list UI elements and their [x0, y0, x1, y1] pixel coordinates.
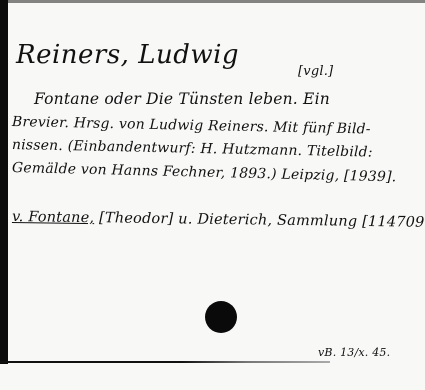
reference-tag: [vgl.] [298, 64, 333, 79]
author-heading: Reiners, Ludwig [16, 40, 239, 70]
title-line-1: Fontane oder Die Tünsten leben. Ein [34, 90, 330, 108]
series-entry: v. Fontane, [Theodor] u. Dieterich, Samm… [12, 209, 425, 232]
card-top-edge [0, 0, 425, 3]
cataloger-initials-date: vB. 13/x. 45. [318, 346, 390, 359]
title-line-4: Gemälde von Hanns Fechner, 1893.) Leipzi… [12, 160, 397, 185]
catalog-card: Reiners, Ludwig [vgl.] Fontane oder Die … [0, 0, 425, 390]
title-line-2: Brevier. Hrsg. von Ludwig Reiners. Mit f… [12, 114, 371, 138]
card-bottom-edge [0, 361, 330, 363]
punch-hole [205, 301, 237, 333]
series-author: v. Fontane, [12, 209, 94, 226]
card-left-edge [0, 0, 8, 364]
series-details: [Theodor] u. Dieterich, Sammlung [114709… [94, 210, 425, 232]
title-line-3: nissen. (Einbandentwurf: H. Hutzmann. Ti… [12, 137, 373, 161]
